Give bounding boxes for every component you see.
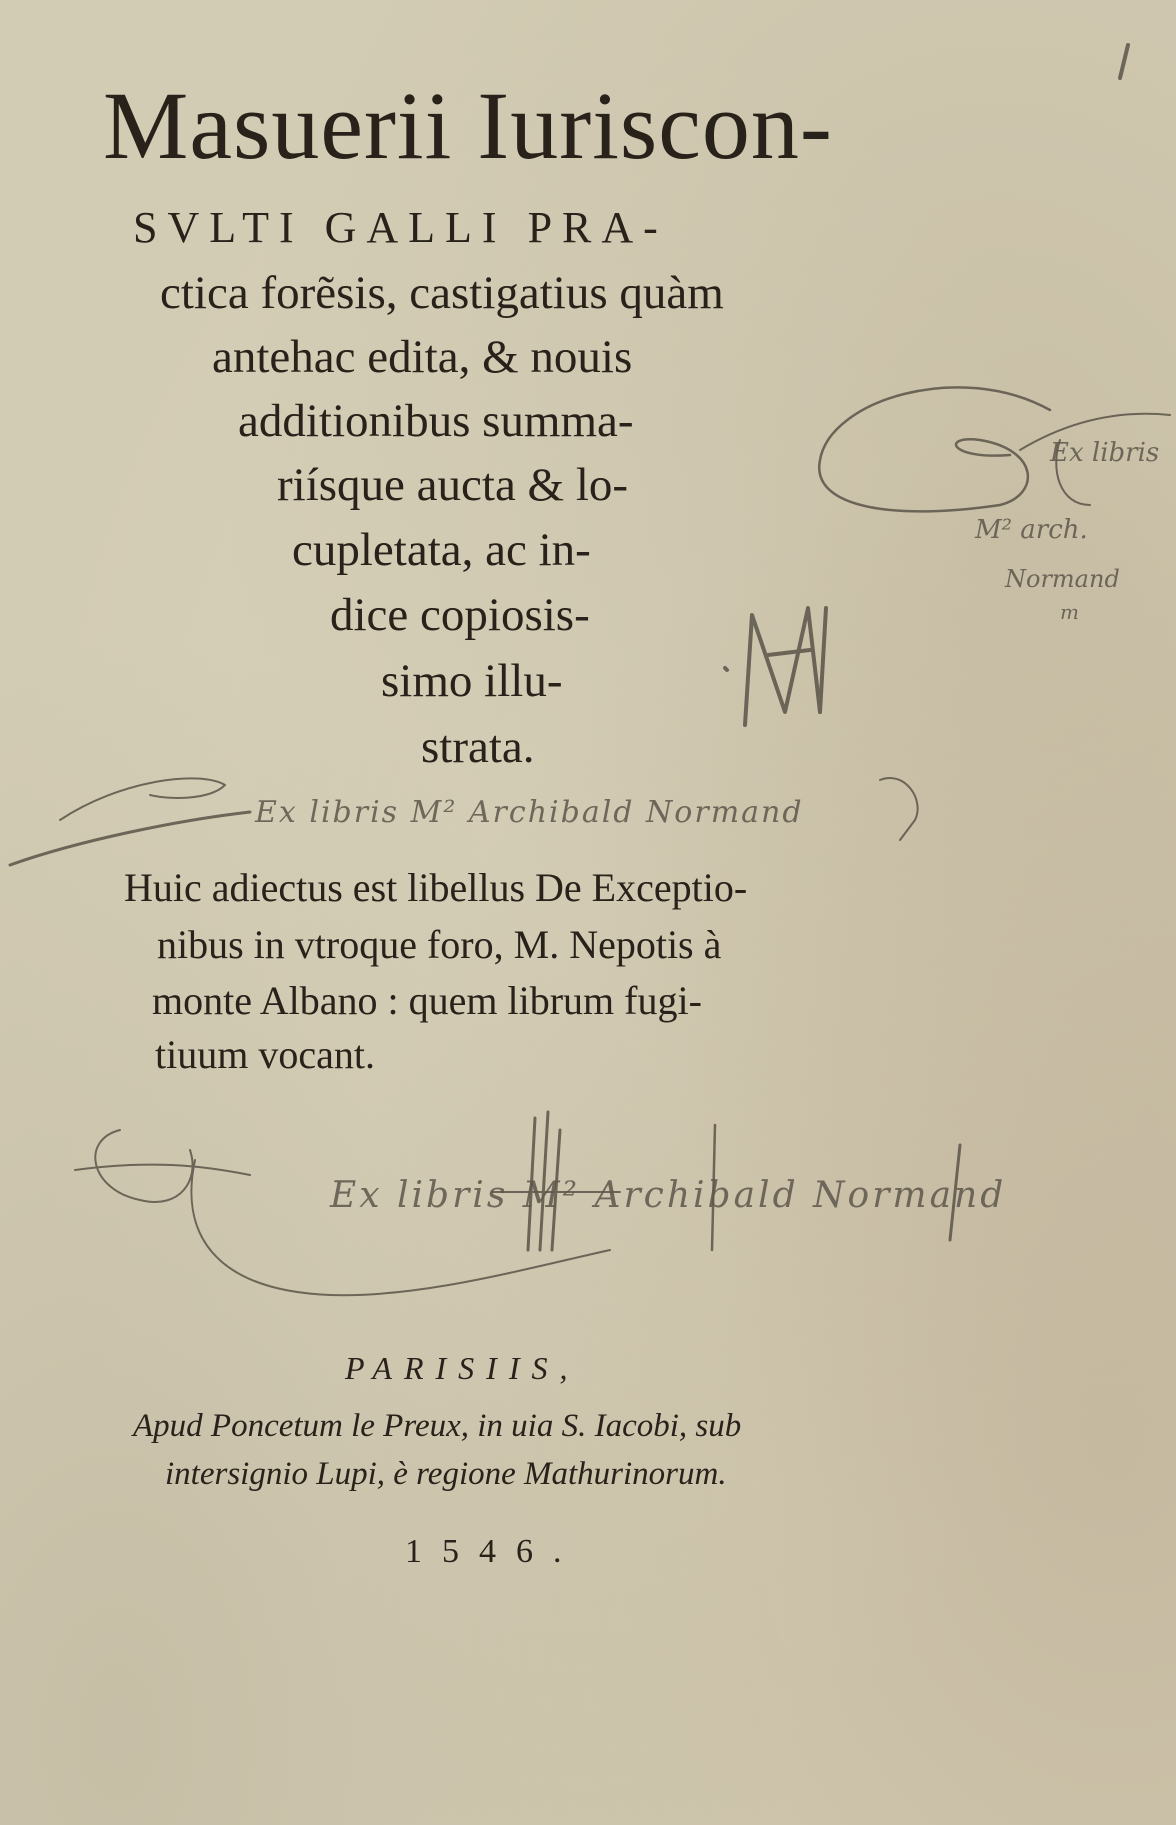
ownership-inscription-upper: Ex libris M² Archibald Normand: [255, 795, 804, 830]
imprint-publisher-line-1: Apud Poncetum le Preux, in uia S. Iacobi…: [133, 1410, 741, 1443]
ownership-inscription-lower: Ex libris M² Archibald Normand: [330, 1175, 1006, 1216]
title-line-5: additionibus summa-: [238, 398, 634, 445]
title-line-2: SVLTI GALLI PRA-: [133, 206, 668, 250]
corner-mark-icon: [1120, 45, 1128, 78]
monogram-icon: [725, 608, 826, 725]
appendix-line-4: tiuum vocant.: [155, 1035, 375, 1075]
margin-note-line-3: Normand: [1005, 565, 1120, 593]
title-line-8: dice copiosis-: [330, 592, 590, 639]
title-page: Masuerii Iuriscon- SVLTI GALLI PRA- ctic…: [0, 0, 1176, 1825]
imprint-publisher-line-2: intersignio Lupi, è regione Mathurinorum…: [165, 1458, 727, 1491]
appendix-line-2: nibus in vtroque foro, M. Nepotis à: [157, 925, 721, 965]
title-line-3: ctica forẽsis, castigatius quàm: [160, 270, 724, 317]
title-line-7: cupletata, ac in-: [292, 527, 591, 574]
imprint-year: 1546.: [405, 1535, 582, 1569]
title-line-4: antehac edita, & nouis: [212, 334, 632, 381]
title-line-9: simo illu-: [381, 658, 562, 705]
margin-note-line-4: m: [1060, 600, 1079, 624]
title-line-1: Masuerii Iuriscon-: [103, 78, 833, 174]
margin-note-line-1: Ex libris: [1050, 438, 1159, 468]
title-line-6: riísque aucta & lo-: [277, 462, 628, 509]
appendix-line-3: monte Albano : quem librum fugi-: [152, 981, 702, 1021]
title-line-10: strata.: [421, 724, 535, 771]
appendix-line-1: Huic adiectus est libellus De Exceptio-: [124, 868, 747, 908]
imprint-city: PARISIIS,: [345, 1352, 579, 1384]
margin-note-line-2: M² arch.: [975, 515, 1088, 545]
